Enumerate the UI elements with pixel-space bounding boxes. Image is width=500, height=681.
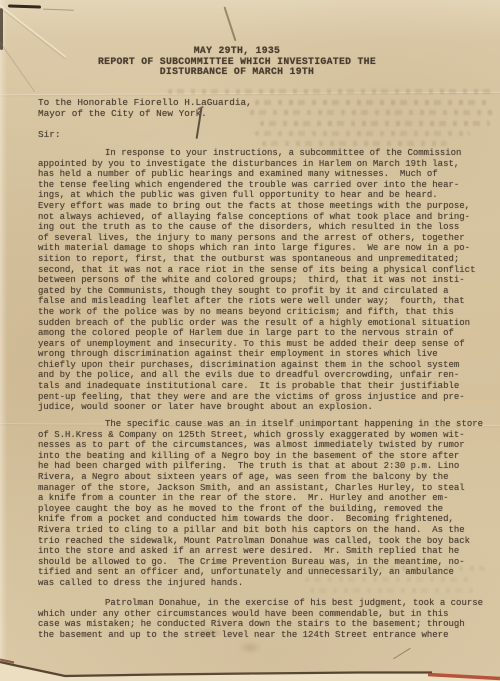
- scratch-mark: [223, 7, 236, 42]
- paragraph-1: In response to your instructions, a subc…: [38, 148, 490, 413]
- left-paper-edge-highlight: [0, 0, 7, 681]
- bottom-page-edge: [0, 651, 500, 681]
- bleed-through-text: [255, 100, 493, 105]
- paragraph-3: Patrolman Donahue, in the exercise of hi…: [38, 598, 490, 640]
- recipient-address: To the Honorable Fiorello H.LaGuardia, M…: [38, 97, 252, 119]
- bleed-through-text: [250, 110, 493, 115]
- left-edge-dark-line: [0, 8, 3, 50]
- recipient-title-line: Mayor of the City of New York.: [38, 108, 252, 119]
- staple-mark: [8, 4, 41, 8]
- scanned-document-page: MAY 29TH, 1935 REPORT OF SUBCOMMITTEE WH…: [0, 0, 500, 681]
- recipient-name-line: To the Honorable Fiorello H.LaGuardia,: [38, 97, 252, 108]
- paragraph-2: The specific cause was an in itself unim…: [38, 419, 490, 589]
- document-header: MAY 29TH, 1935 REPORT OF SUBCOMMITTEE WH…: [0, 46, 474, 78]
- bleed-through-text: [262, 141, 447, 146]
- salutation: Sir:: [38, 129, 61, 140]
- bleed-through-text: [168, 89, 492, 94]
- header-title-line-2: DISTURBANCE OF MARCH 19TH: [0, 67, 474, 78]
- bleed-through-text: [255, 131, 470, 136]
- bleed-through-text: [260, 121, 490, 126]
- bleed-through-text: [310, 588, 475, 593]
